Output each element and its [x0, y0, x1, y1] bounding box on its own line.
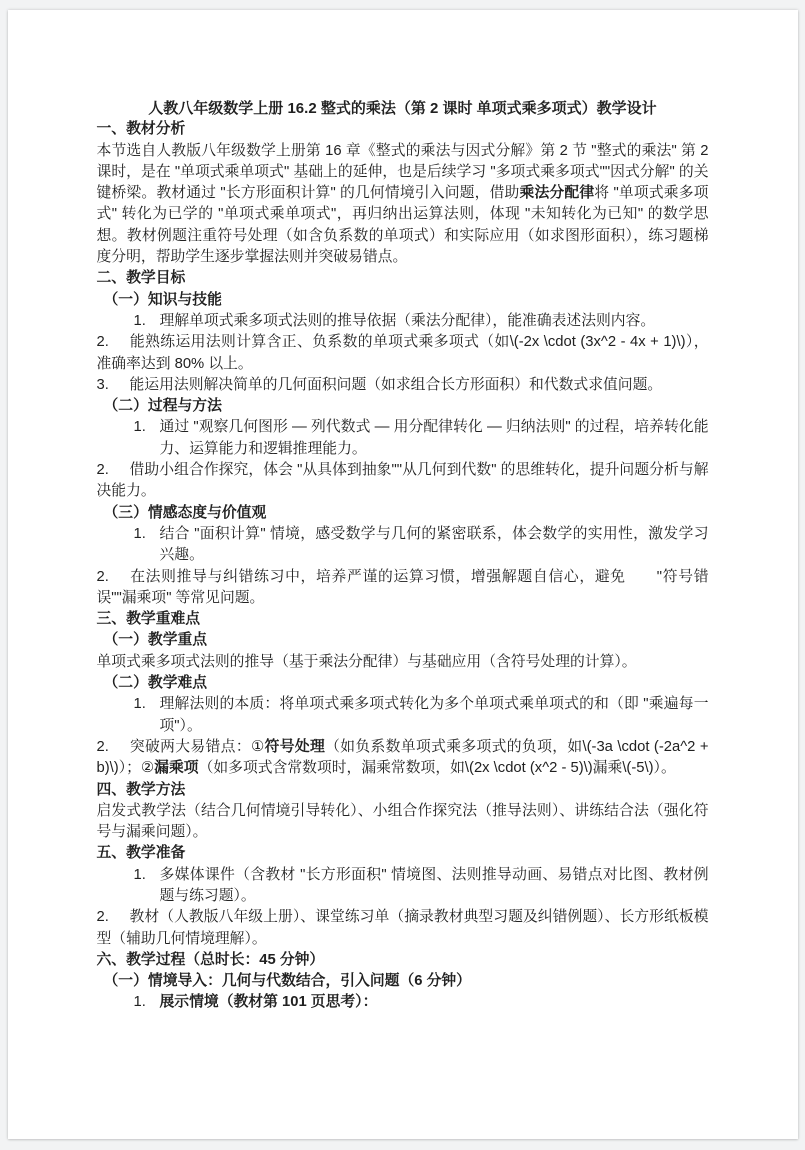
list-item: 1.展示情境（教材第 101 页思考）：: [97, 992, 709, 1013]
text-run: 在法则推导与纠错练习中，培养严谨的运算习惯，增强解题自信心，避免 "符号错误""…: [97, 569, 709, 606]
paragraph: 3.能运用法则解决简单的几何面积问题（如求组合长方形面积）和代数式求值问题。: [97, 375, 709, 396]
text-run: 通过 "观察几何图形 — 列代数式 — 用分配律转化 — 归纳法则" 的过程，培…: [160, 419, 709, 456]
list-item: 1.理解法则的本质：将单项式乘多项式转化为多个单项式乘单项式的和（即 "乘遍每一…: [97, 694, 709, 737]
text-run: 六、教学过程（总时长：45 分钟）: [97, 952, 325, 968]
text-run: 三、教学重难点: [97, 611, 201, 627]
section-heading: 二、教学目标: [97, 268, 709, 289]
sub-heading: （二）教学难点: [97, 673, 709, 694]
list-number: 2.: [97, 567, 130, 588]
text-run: 单项式乘多项式法则的推导（基于乘法分配律）与基础应用（含符号处理的计算）。: [97, 654, 637, 670]
text-run: 一、教材分析: [97, 121, 186, 137]
text-run: 借助小组合作探究，体会 "从具体到抽象""从几何到代数" 的思维转化，提升问题分…: [97, 462, 709, 499]
document-title: 人教八年级数学上册 16.2 整式的乘法（第 2 课时 单项式乘多项式）教学设计: [97, 98, 709, 119]
list-number: 1.: [134, 417, 146, 438]
paragraph: 启发式教学法（结合几何情境引导转化）、小组合作探究法（推导法则）、讲练结合法（强…: [97, 801, 709, 844]
text-run: 五、教学准备: [97, 845, 186, 861]
sub-heading: （二）过程与方法: [97, 396, 709, 417]
paragraph: 本节选自人教版八年级数学上册第 16 章《整式的乘法与因式分解》第 2 节 "整…: [97, 141, 709, 269]
document-content: 人教八年级数学上册 16.2 整式的乘法（第 2 课时 单项式乘多项式）教学设计…: [97, 98, 709, 1014]
bold-text: 符号处理: [265, 739, 326, 755]
text-run: （如多项式含常数项时，漏乘常数项，如\(2x \cdot (x^2 - 5)\)…: [199, 760, 676, 776]
text-run: 教材（人教版八年级上册）、课堂练习单（摘录教材典型习题及纠错例题）、长方形纸板模…: [97, 909, 709, 946]
document-page: 人教八年级数学上册 16.2 整式的乘法（第 2 课时 单项式乘多项式）教学设计…: [8, 10, 798, 1139]
paragraph: 单项式乘多项式法则的推导（基于乘法分配律）与基础应用（含符号处理的计算）。: [97, 652, 709, 673]
text-run: （一）教学重点: [104, 632, 208, 648]
paragraph: 2.教材（人教版八年级上册）、课堂练习单（摘录教材典型习题及纠错例题）、长方形纸…: [97, 907, 709, 950]
bold-text: 乘法分配律: [520, 185, 595, 201]
sub-heading: （三）情感态度与价值观: [97, 503, 709, 524]
list-number: 1.: [134, 694, 146, 715]
list-number: 2.: [97, 737, 130, 758]
text-run: 四、教学方法: [97, 782, 186, 798]
text-run: （一）知识与技能: [104, 292, 222, 308]
list-number: 2.: [97, 907, 130, 928]
section-heading: 六、教学过程（总时长：45 分钟）: [97, 950, 709, 971]
text-run: （一）情境导入：几何与代数结合，引入问题（6 分钟）: [104, 973, 471, 989]
text-run: 突破两大易错点：①: [130, 739, 265, 755]
list-item: 1.通过 "观察几何图形 — 列代数式 — 用分配律转化 — 归纳法则" 的过程…: [97, 417, 709, 460]
text-run: （二）教学难点: [104, 675, 208, 691]
list-number: 1.: [134, 524, 146, 545]
text-run: 二、教学目标: [97, 270, 186, 286]
list-number: 2.: [97, 332, 130, 353]
list-item: 1.结合 "面积计算" 情境，感受数学与几何的紧密联系，体会数学的实用性，激发学…: [97, 524, 709, 567]
list-number: 3.: [97, 375, 130, 396]
list-number: 2.: [97, 460, 130, 481]
text-run: （三）情感态度与价值观: [104, 505, 267, 521]
text-run: 启发式教学法（结合几何情境引导转化）、小组合作探究法（推导法则）、讲练结合法（强…: [97, 803, 709, 840]
text-run: 人教八年级数学上册 16.2 整式的乘法（第 2 课时 单项式乘多项式）教学设计: [148, 100, 656, 117]
document-viewport: 人教八年级数学上册 16.2 整式的乘法（第 2 课时 单项式乘多项式）教学设计…: [0, 0, 805, 1150]
list-item: 1.多媒体课件（含教材 "长方形面积" 情境图、法则推导动画、易错点对比图、教材…: [97, 865, 709, 908]
section-heading: 一、教材分析: [97, 119, 709, 140]
sub-heading: （一）教学重点: [97, 630, 709, 651]
section-heading: 五、教学准备: [97, 843, 709, 864]
paragraph: 2.能熟练运用法则计算含正、负系数的单项式乘多项式（如\(-2x \cdot (…: [97, 332, 709, 375]
text-run: 理解法则的本质：将单项式乘多项式转化为多个单项式乘单项式的和（即 "乘遍每一项"…: [160, 696, 709, 733]
list-number: 1.: [134, 992, 146, 1013]
text-run: 能熟练运用法则计算含正、负系数的单项式乘多项式（如\(-2x \cdot (3x…: [97, 334, 709, 371]
paragraph: 2.在法则推导与纠错练习中，培养严谨的运算习惯，增强解题自信心，避免 "符号错误…: [97, 567, 709, 610]
text-run: 理解单项式乘多项式法则的推导依据（乘法分配律），能准确表述法则内容。: [160, 313, 656, 329]
list-item: 1.理解单项式乘多项式法则的推导依据（乘法分配律），能准确表述法则内容。: [97, 311, 709, 332]
section-heading: 三、教学重难点: [97, 609, 709, 630]
text-run: 结合 "面积计算" 情境，感受数学与几何的紧密联系，体会数学的实用性，激发学习兴…: [160, 526, 709, 563]
sub-heading: （一）情境导入：几何与代数结合，引入问题（6 分钟）: [97, 971, 709, 992]
section-heading: 四、教学方法: [97, 780, 709, 801]
paragraph: 2.突破两大易错点：①符号处理（如负系数单项式乘多项式的负项，如\(-3a \c…: [97, 737, 709, 780]
list-number: 1.: [134, 865, 146, 886]
list-number: 1.: [134, 311, 146, 332]
bold-text: 展示情境（教材第 101 页思考）：: [160, 994, 378, 1010]
text-run: 多媒体课件（含教材 "长方形面积" 情境图、法则推导动画、易错点对比图、教材例题…: [160, 867, 709, 904]
sub-heading: （一）知识与技能: [97, 290, 709, 311]
bold-text: 漏乘项: [154, 760, 198, 776]
text-run: 能运用法则解决简单的几何面积问题（如求组合长方形面积）和代数式求值问题。: [130, 377, 663, 393]
paragraph: 2.借助小组合作探究，体会 "从具体到抽象""从几何到代数" 的思维转化，提升问…: [97, 460, 709, 503]
text-run: （二）过程与方法: [104, 398, 222, 414]
